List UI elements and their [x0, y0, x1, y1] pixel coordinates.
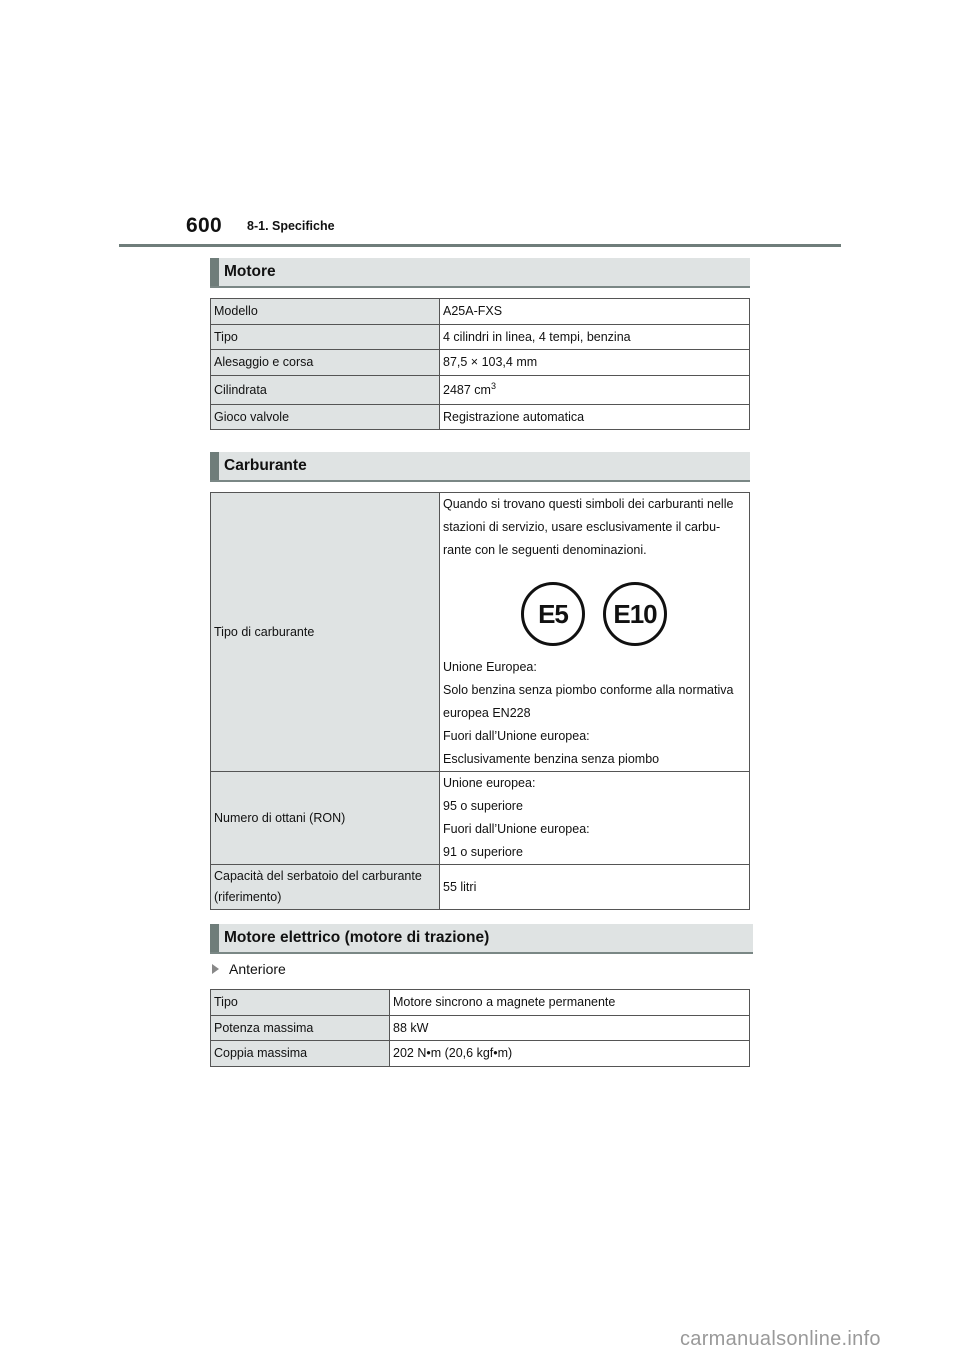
table-row: Tipo 4 cilindri in linea, 4 tempi, benzi…	[211, 324, 750, 350]
fuel-intro-line: Quando si trovano questi simboli dei car…	[443, 493, 746, 516]
displacement-value: 2487 cm	[443, 384, 491, 398]
subheading-anteriore: Anteriore	[212, 961, 286, 977]
spec-value: Quando si trovano questi simboli dei car…	[440, 493, 750, 772]
table-row: Tipo Motore sincrono a magnete permanent…	[211, 990, 750, 1016]
superscript: 3	[491, 381, 496, 391]
table-row: Modello A25A-FXS	[211, 299, 750, 325]
spec-value: 88 kW	[390, 1015, 750, 1041]
octane-line: Unione europea:	[443, 772, 746, 795]
section-marker	[210, 924, 219, 952]
spec-key: Cilindrata	[211, 375, 440, 404]
header-divider	[119, 244, 841, 247]
electric-motor-spec-table: Tipo Motore sincrono a magnete permanent…	[210, 989, 750, 1067]
table-row: Gioco valvole Registrazione automatica	[211, 404, 750, 430]
fuel-symbols: E5 E10	[443, 562, 746, 656]
fuel-line: europea EN228	[443, 702, 746, 725]
spec-value: 55 litri	[440, 865, 750, 910]
chapter-title: 8-1. Specifiche	[247, 219, 335, 233]
section-title: Motore elettrico (motore di trazione)	[224, 929, 489, 947]
table-row: Alesaggio e corsa 87,5 × 103,4 mm	[211, 350, 750, 376]
table-row: Potenza massima 88 kW	[211, 1015, 750, 1041]
spec-key: Tipo	[211, 324, 440, 350]
section-header-carburante: Carburante	[210, 452, 750, 482]
spec-key: Numero di ottani (RON)	[211, 772, 440, 865]
spec-key: Gioco valvole	[211, 404, 440, 430]
spec-value: Motore sincrono a magnete permanente	[390, 990, 750, 1016]
spec-key: Capacità del serbatoio del carburante (r…	[211, 865, 440, 910]
spec-key: Modello	[211, 299, 440, 325]
table-row: Tipo di carburante Quando si trovano que…	[211, 493, 750, 772]
spec-value: 87,5 × 103,4 mm	[440, 350, 750, 376]
fuel-line: Unione Europea:	[443, 656, 746, 679]
section-header-motore: Motore	[210, 258, 750, 288]
triangle-bullet-icon	[212, 964, 219, 974]
octane-line: 91 o superiore	[443, 841, 746, 864]
spec-value: Registrazione automatica	[440, 404, 750, 430]
table-row: Numero di ottani (RON) Unione europea: 9…	[211, 772, 750, 865]
octane-line: 95 o superiore	[443, 795, 746, 818]
tank-key-line: Capacità del serbatoio del carburante	[214, 866, 436, 887]
watermark: carmanualsonline.info	[680, 1328, 881, 1351]
page-number: 600	[186, 214, 222, 238]
fuel-intro-line: stazioni di servizio, usare esclusivamen…	[443, 516, 746, 539]
spec-key: Coppia massima	[211, 1041, 390, 1067]
spec-value: 202 N•m (20,6 kgf•m)	[390, 1041, 750, 1067]
e10-fuel-icon: E10	[603, 582, 667, 646]
spec-key: Tipo di carburante	[211, 493, 440, 772]
fuel-spec-table: Tipo di carburante Quando si trovano que…	[210, 492, 750, 910]
tank-key-line: (riferimento)	[214, 887, 436, 908]
octane-line: Fuori dall’Unione europea:	[443, 818, 746, 841]
spec-value: 2487 cm3	[440, 375, 750, 404]
section-title: Carburante	[224, 457, 307, 475]
spec-key: Potenza massima	[211, 1015, 390, 1041]
table-row: Coppia massima 202 N•m (20,6 kgf•m)	[211, 1041, 750, 1067]
spec-key: Tipo	[211, 990, 390, 1016]
fuel-intro-line: rante con le seguenti denominazioni.	[443, 539, 746, 562]
section-header-motore-elettrico: Motore elettrico (motore di trazione)	[210, 924, 753, 954]
spec-value: 4 cilindri in linea, 4 tempi, benzina	[440, 324, 750, 350]
spec-value: Unione europea: 95 o superiore Fuori dal…	[440, 772, 750, 865]
table-row: Cilindrata 2487 cm3	[211, 375, 750, 404]
engine-spec-table: Modello A25A-FXS Tipo 4 cilindri in line…	[210, 298, 750, 430]
fuel-line: Esclusivamente benzina senza piombo	[443, 748, 746, 771]
fuel-line: Fuori dall’Unione europea:	[443, 725, 746, 748]
e5-fuel-icon: E5	[521, 582, 585, 646]
fuel-line: Solo benzina senza piombo conforme alla …	[443, 679, 746, 702]
spec-key: Alesaggio e corsa	[211, 350, 440, 376]
subheading-text: Anteriore	[229, 961, 286, 977]
section-title: Motore	[224, 263, 276, 281]
spec-value: A25A-FXS	[440, 299, 750, 325]
section-marker	[210, 452, 219, 480]
section-marker	[210, 258, 219, 286]
table-row: Capacità del serbatoio del carburante (r…	[211, 865, 750, 910]
